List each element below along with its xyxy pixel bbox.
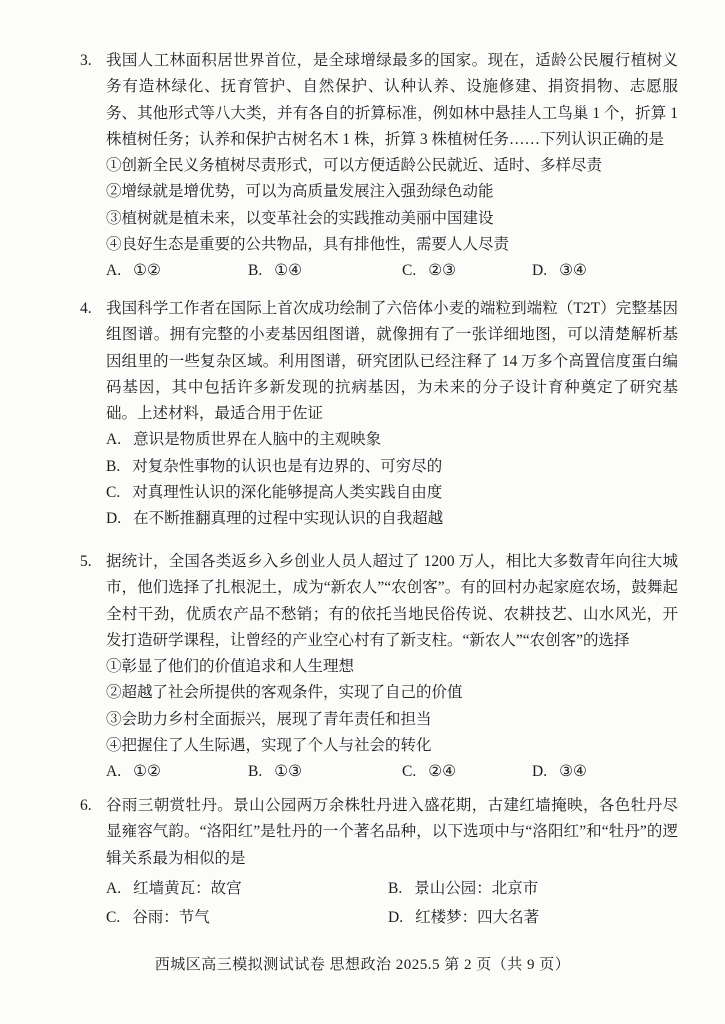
choice-a: A.①② (106, 759, 248, 785)
question-5-statements: ①彰显了他们的价值追求和人生理想 ②超越了社会所提供的客观条件，实现了自己的价值… (106, 654, 678, 759)
question-4-body: 我国科学工作者在国际上首次成功绘制了六倍体小麦的端粒到端粒（T2T）完整基因组图… (106, 296, 678, 533)
choice-d: D.③④ (532, 258, 678, 284)
choice-c-label: C. (402, 262, 416, 279)
choice-d-text: 在不断推翻真理的过程中实现认识的自我超越 (133, 510, 443, 527)
choice-c-text: ②③ (428, 262, 456, 279)
question-6-stem: 谷雨三朝赏牡丹。景山公园两万余株牡丹进入盛花期，古建红墙掩映，各色牡丹尽显雍容气… (106, 793, 678, 872)
choice-b: B.①③ (248, 759, 402, 785)
question-5-number: 5. (80, 549, 106, 575)
statement-2: ②增绿就是增优势，可以为高质量发展注入强劲绿色动能 (106, 179, 678, 205)
choice-b: B.①④ (248, 258, 402, 284)
choice-b-label: B. (106, 458, 120, 475)
choice-c-label: C. (402, 763, 416, 780)
question-3: 3. 我国人工林面积居世界首位，是全球增绿最多的国家。现在，适龄公民履行植树义务… (80, 48, 678, 285)
question-4: 4. 我国科学工作者在国际上首次成功绘制了六倍体小麦的端粒到端粒（T2T）完整基… (80, 296, 678, 533)
choice-d-text: ③④ (559, 262, 587, 279)
question-4-choices: A.意识是物质世界在人脑中的主观映象 B.对复杂性事物的认识也是有边界的、可穷尽… (106, 427, 678, 532)
choice-d-label: D. (388, 909, 403, 926)
choice-d: D.红楼梦：四大名著 (388, 905, 678, 931)
statement-2: ②超越了社会所提供的客观条件，实现了自己的价值 (106, 680, 678, 706)
exam-paper-page: 3. 我国人工林面积居世界首位，是全球增绿最多的国家。现在，适龄公民履行植树义务… (0, 0, 725, 1024)
statement-3: ③会助力乡村全面振兴，展现了青年责任和担当 (106, 707, 678, 733)
choice-c-text: 谷雨：节气 (132, 909, 210, 926)
statement-4: ④把握住了人生际遇，实现了个人与社会的转化 (106, 733, 678, 759)
choice-b-text: 景山公园：北京市 (414, 880, 538, 897)
choice-d-label: D. (106, 510, 121, 527)
choice-b-label: B. (388, 880, 402, 897)
question-6: 6. 谷雨三朝赏牡丹。景山公园两万余株牡丹进入盛花期，古建红墙掩映，各色牡丹尽显… (80, 793, 678, 931)
choice-c-text: ②④ (428, 763, 456, 780)
choice-a-text: 红墙黄瓦：故宫 (133, 880, 242, 897)
choice-a: A.红墙黄瓦：故宫 (106, 876, 388, 902)
question-5-choices: A.①② B.①③ C.②④ D.③④ (106, 759, 678, 785)
question-6-number: 6. (80, 793, 106, 819)
choice-a-label: A. (106, 880, 121, 897)
choice-a-label: A. (106, 262, 121, 279)
choice-d: D.在不断推翻真理的过程中实现认识的自我超越 (106, 506, 678, 532)
statement-4: ④良好生态是重要的公共物品，具有排他性，需要人人尽责 (106, 232, 678, 258)
question-3-number: 3. (80, 48, 106, 74)
choice-b-text: ①③ (274, 763, 302, 780)
question-3-stem: 我国人工林面积居世界首位，是全球增绿最多的国家。现在，适龄公民履行植树义务有造林… (106, 48, 678, 153)
choice-a-label: A. (106, 763, 121, 780)
choice-a-text: ①② (133, 763, 161, 780)
choice-b-text: ①④ (274, 262, 302, 279)
question-4-stem: 我国科学工作者在国际上首次成功绘制了六倍体小麦的端粒到端粒（T2T）完整基因组图… (106, 296, 678, 427)
statement-1: ①创新全民义务植树尽责形式，可以方便适龄公民就近、适时、多样尽责 (106, 153, 678, 179)
choice-c-text: 对真理性认识的深化能够提高人类实践自由度 (132, 484, 442, 501)
choice-d-text: ③④ (559, 763, 587, 780)
page-footer: 西城区高三模拟测试试卷 思想政治 2025.5 第 2 页（共 9 页） (0, 952, 725, 978)
choice-c: C.②④ (402, 759, 532, 785)
question-5-body: 据统计，全国各类返乡入乡创业人员人超过了 1200 万人，相比大多数青年向往大城… (106, 549, 678, 786)
choice-c: C.②③ (402, 258, 532, 284)
choice-b-label: B. (248, 763, 262, 780)
choice-b: B.景山公园：北京市 (388, 876, 678, 902)
choice-d-label: D. (532, 763, 547, 780)
choice-c-label: C. (106, 909, 120, 926)
question-6-body: 谷雨三朝赏牡丹。景山公园两万余株牡丹进入盛花期，古建红墙掩映，各色牡丹尽显雍容气… (106, 793, 678, 931)
choice-d: D.③④ (532, 759, 678, 785)
question-5: 5. 据统计，全国各类返乡入乡创业人员人超过了 1200 万人，相比大多数青年向… (80, 549, 678, 786)
question-4-number: 4. (80, 296, 106, 322)
choice-a-text: 意识是物质世界在人脑中的主观映象 (133, 431, 381, 448)
question-3-statements: ①创新全民义务植树尽责形式，可以方便适龄公民就近、适时、多样尽责 ②增绿就是增优… (106, 153, 678, 258)
choice-a: A.①② (106, 258, 248, 284)
choice-c: C.对真理性认识的深化能够提高人类实践自由度 (106, 480, 678, 506)
statement-1: ①彰显了他们的价值追求和人生理想 (106, 654, 678, 680)
choice-c-label: C. (106, 484, 120, 501)
question-6-choices: A.红墙黄瓦：故宫 B.景山公园：北京市 C.谷雨：节气 D.红楼梦：四大名著 (106, 876, 678, 932)
choice-a-text: ①② (133, 262, 161, 279)
choice-c: C.谷雨：节气 (106, 905, 388, 931)
choice-d-label: D. (532, 262, 547, 279)
choice-a-label: A. (106, 431, 121, 448)
choice-d-text: 红楼梦：四大名著 (415, 909, 539, 926)
choice-b: B.对复杂性事物的认识也是有边界的、可穷尽的 (106, 454, 678, 480)
question-3-choices: A.①② B.①④ C.②③ D.③④ (106, 258, 678, 284)
choice-b-text: 对复杂性事物的认识也是有边界的、可穷尽的 (132, 458, 442, 475)
choice-b-label: B. (248, 262, 262, 279)
choice-a: A.意识是物质世界在人脑中的主观映象 (106, 427, 678, 453)
question-3-body: 我国人工林面积居世界首位，是全球增绿最多的国家。现在，适龄公民履行植树义务有造林… (106, 48, 678, 285)
statement-3: ③植树就是植未来，以变革社会的实践推动美丽中国建设 (106, 206, 678, 232)
question-5-stem: 据统计，全国各类返乡入乡创业人员人超过了 1200 万人，相比大多数青年向往大城… (106, 549, 678, 654)
